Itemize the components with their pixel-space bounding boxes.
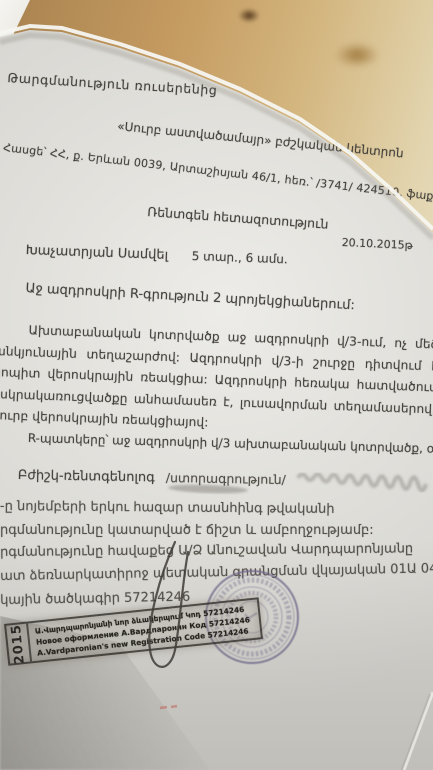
findings-paragraph: Ախտաբանական կոտրվածք աջ ազդրոսկրի վ/3-ու… (0, 319, 433, 442)
document-photo: Թարգմանություն ռուսերենից «Սուրբ աստվածա… (0, 0, 433, 770)
certification-line: -ը նոյեմբերի երկու հազար տասնհինգ թվական… (0, 499, 335, 517)
stamp-year: 2015 (9, 623, 28, 665)
signature-placeholder: /ստորագրություն/ (166, 470, 286, 487)
background-stain (334, 42, 380, 68)
background-stain (238, 8, 260, 23)
certification-line: րգմանությունը կատարված է ճիշտ և ամբողջու… (0, 523, 374, 538)
doctor-title: Բժիշկ-ռենտգենոլոգ (18, 468, 155, 485)
